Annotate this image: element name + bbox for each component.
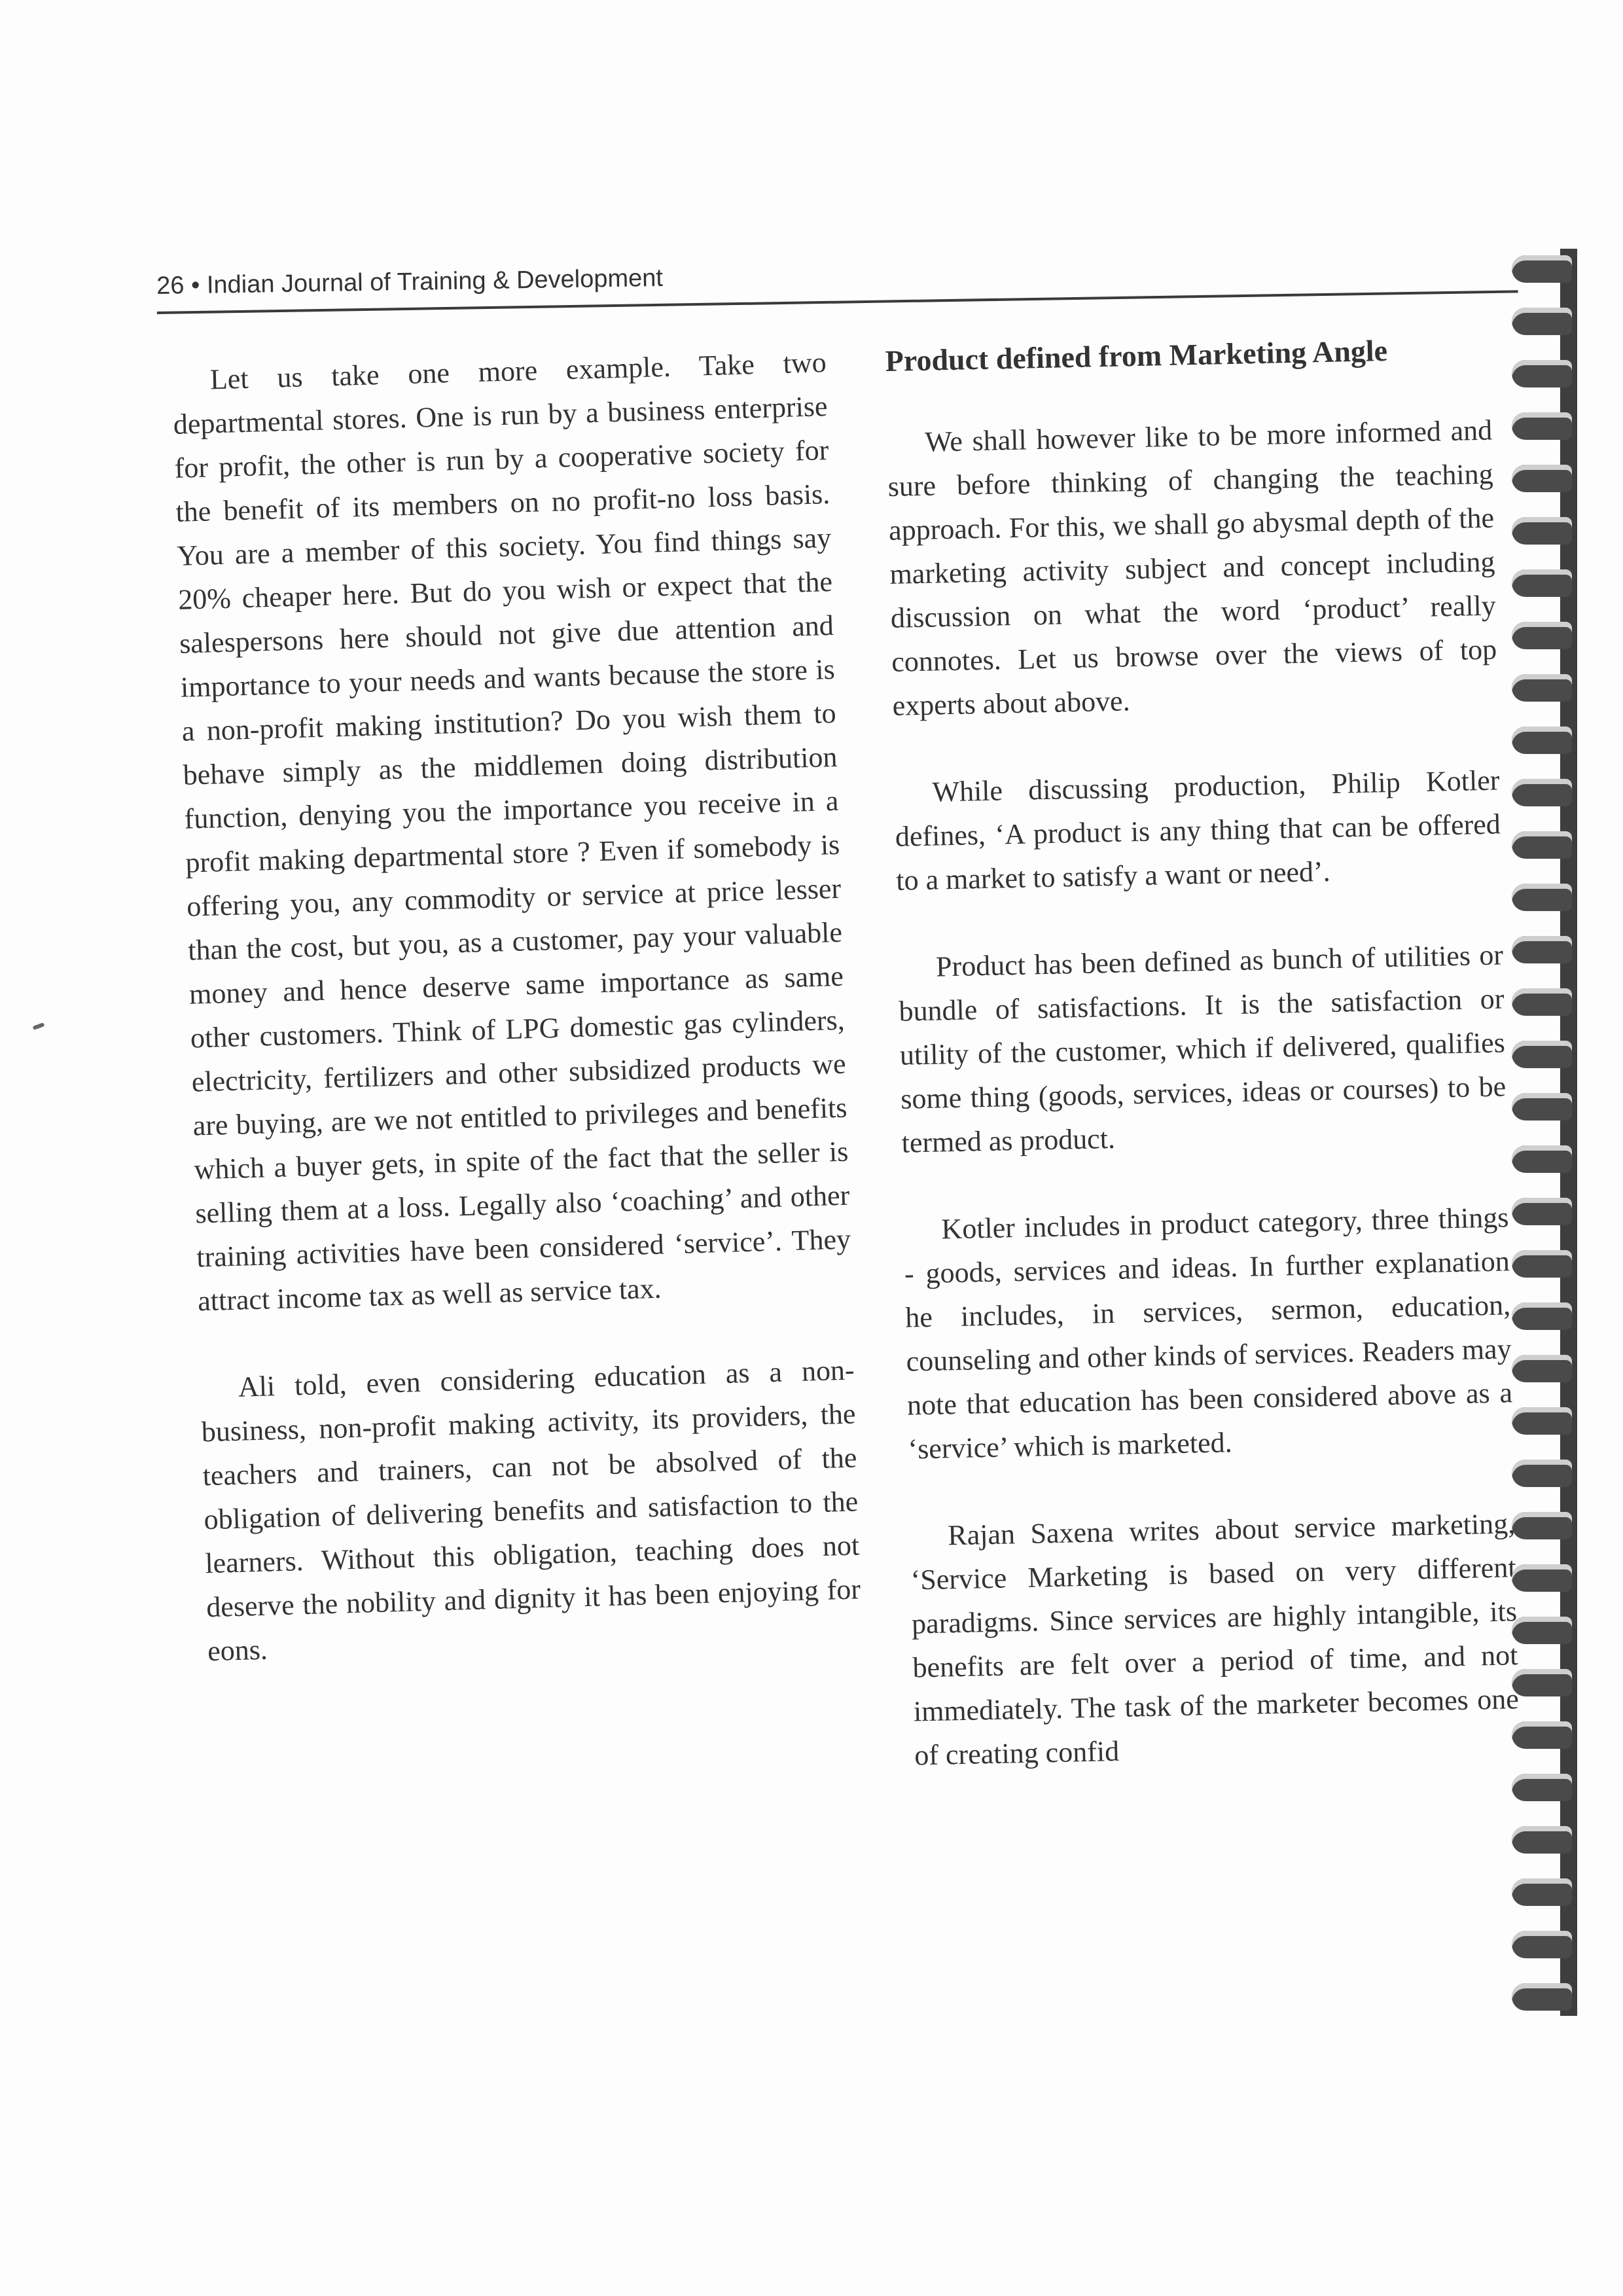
binding-coil-icon (1512, 884, 1572, 911)
binding-coil-icon (1512, 1302, 1572, 1330)
binding-coil-icon (1512, 1250, 1572, 1278)
paragraph: Kotler includes in product category, thr… (903, 1195, 1514, 1471)
binding-coil-icon (1512, 1669, 1572, 1696)
binding-coil-icon (1512, 1512, 1572, 1539)
binding-coil-icon (1512, 936, 1572, 963)
binding-coil-icon (1512, 1617, 1572, 1644)
binding-coil-icon (1512, 517, 1572, 545)
paragraph: Rajan Saxena writes about service market… (910, 1501, 1520, 1777)
paragraph: Product has been defined as bunch of uti… (897, 933, 1507, 1164)
binding-coil-icon (1512, 674, 1572, 702)
binding-coil-icon (1512, 360, 1572, 387)
page-number: 26 (156, 272, 185, 300)
binding-coil-icon (1512, 1721, 1572, 1749)
paragraph: Let us take one more example. Take two d… (171, 340, 853, 1323)
running-header: 26 • Indian Journal of Training & Develo… (156, 245, 1518, 319)
binding-coil-icon (1512, 569, 1572, 597)
binding-coil-icon (1512, 1198, 1572, 1225)
binding-coil-icon (1512, 1983, 1572, 2011)
binding-coil-icon (1512, 1355, 1572, 1382)
binding-coil-icon (1512, 1407, 1572, 1435)
binding-coil-icon (1512, 255, 1572, 283)
scanned-journal-page: 26 • Indian Journal of Training & Develo… (0, 0, 1623, 2296)
paragraph: Ali told, even considering education as … (200, 1348, 863, 1673)
left-column: Let us take one more example. Take two d… (171, 340, 864, 1716)
binding-coil-icon (1512, 412, 1572, 440)
journal-title: Indian Journal of Training & Development (207, 264, 664, 299)
binding-coil-icon (1512, 779, 1572, 806)
binding-coil-icon (1512, 622, 1572, 649)
binding-coil-icon (1512, 1878, 1572, 1906)
binding-coil-icon (1512, 1041, 1572, 1068)
spiral-binding (1505, 249, 1577, 2016)
binding-coil-icon (1512, 465, 1572, 492)
binding-coil-icon (1512, 1826, 1572, 1854)
binding-coil-icon (1512, 1564, 1572, 1592)
right-column: Product defined from Marketing Angle We … (885, 327, 1521, 1821)
section-heading: Product defined from Marketing Angle (885, 327, 1491, 383)
paragraph: While discussing production, Philip Kotl… (894, 758, 1502, 902)
scan-speck (33, 1022, 45, 1030)
binding-coil-icon (1512, 1774, 1572, 1801)
binding-coil-icon (1512, 988, 1572, 1016)
binding-coil-icon (1512, 831, 1572, 859)
binding-coil-icon (1512, 1093, 1572, 1121)
binding-spine (1560, 249, 1577, 2016)
binding-coil-icon (1512, 1931, 1572, 1958)
binding-coil-icon (1512, 308, 1572, 335)
binding-coil-icon (1512, 1460, 1572, 1487)
bullet-separator: • (191, 272, 200, 299)
paragraph: We shall however like to be more informe… (887, 408, 1499, 728)
binding-coil-icon (1512, 1145, 1572, 1173)
header-text: 26 • Indian Journal of Training & Develo… (156, 264, 663, 300)
binding-coil-icon (1512, 726, 1572, 754)
